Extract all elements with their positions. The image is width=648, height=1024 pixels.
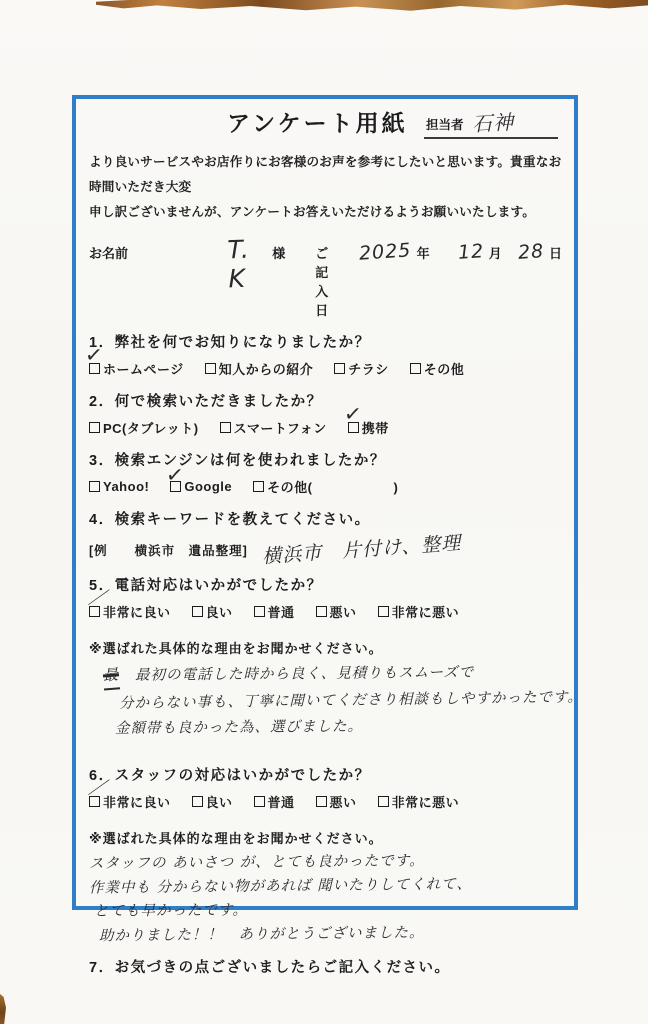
question-1-options: ✓ ホームページ 知人からの紹介 チラシ その他 xyxy=(89,359,562,378)
handwritten-text: 最初の電話した時から良く、見積りもスムーズで xyxy=(135,665,474,684)
option-label: 非常に良い xyxy=(103,792,171,811)
question-6-options: ／ 非常に良い 良い 普通 悪い 非常に悪い xyxy=(89,792,562,811)
checkbox xyxy=(89,796,100,807)
option-homepage: ✓ ホームページ xyxy=(89,359,184,378)
question-5: 5．電話対応はいかがでしたか？ ／ 非常に良い 良い 普通 悪い xyxy=(89,574,562,740)
staff-field: 担当者 石神 xyxy=(424,107,558,139)
option-bad: 悪い xyxy=(316,602,357,621)
option-good: 良い xyxy=(192,792,233,811)
question-4-heading: 4．検索キーワードを教えてください。 xyxy=(89,508,562,529)
checkbox xyxy=(89,481,100,492)
checkbox xyxy=(253,481,264,492)
question-6-reason: スタッフの あいさつ が、とても良かったです。 作業中も 分からない物があれば … xyxy=(89,850,562,946)
option-label: 知人からの紹介 xyxy=(219,359,314,378)
option-good: 良い xyxy=(192,602,233,621)
keyword-example: [例 横浜市 遺品整理] xyxy=(89,535,248,559)
option-label: 非常に良い xyxy=(103,602,171,621)
option-bad: 悪い xyxy=(316,792,357,811)
option-label: 非常に悪い xyxy=(392,602,460,621)
option-referral: 知人からの紹介 xyxy=(205,359,314,378)
date-day-handwritten: 28 xyxy=(517,240,545,264)
name-suffix: 様 xyxy=(272,243,285,262)
question-2: 2．何で検索いただきましたか？ PC(タブレット) スマートフォン ✓ 携帯 xyxy=(89,390,562,437)
option-label: 携帯 xyxy=(362,418,389,437)
option-label: ホームページ xyxy=(103,359,184,378)
handwritten-line: 助かりました！！ ありがとうございました。 xyxy=(89,920,562,949)
option-label: チラシ xyxy=(348,359,389,378)
option-label: 悪い xyxy=(330,602,357,621)
question-7: 7．お気づきの点ございましたらご記入ください。 xyxy=(89,956,562,977)
option-label: Google xyxy=(184,479,232,494)
option-very-good: ／ 非常に良い xyxy=(89,792,171,811)
wood-texture-strip xyxy=(96,0,648,12)
option-google: ✓ Google xyxy=(170,479,232,494)
intro-line-1: より良いサービスやお店作りにお客様のお声を参考にしたいと思います。貴重なお時間い… xyxy=(89,150,562,200)
question-3-heading: 3．検索エンジンは何を使われましたか？ xyxy=(89,449,562,470)
option-pc-tablet: PC(タブレット) xyxy=(89,418,199,437)
option-label: 普通 xyxy=(268,792,295,811)
option-yahoo: Yahoo! xyxy=(89,479,149,494)
checkbox xyxy=(316,796,327,807)
option-label: 非常に悪い xyxy=(392,792,460,811)
date-month-handwritten: 12 xyxy=(457,240,485,264)
checkbox xyxy=(378,796,389,807)
option-very-bad: 非常に悪い xyxy=(378,792,460,811)
option-label: PC(タブレット) xyxy=(103,418,199,437)
checkbox xyxy=(205,363,216,374)
question-2-heading: 2．何で検索いただきましたか？ xyxy=(89,390,562,411)
date-day-unit: 日 xyxy=(549,243,562,262)
survey-form: アンケート用紙 担当者 石神 より良いサービスやお店作りにお客様のお声を参考にし… xyxy=(72,95,578,910)
staff-name-handwritten: 石神 xyxy=(471,106,514,137)
name-label: お名前 xyxy=(89,243,128,262)
question-5-heading: 5．電話対応はいかがでしたか？ xyxy=(89,574,562,595)
option-label: 悪い xyxy=(330,792,357,811)
intro-text: より良いサービスやお店作りにお客様のお声を参考にしたいと思います。貴重なお時間い… xyxy=(89,150,562,225)
checkbox xyxy=(348,422,359,433)
checkbox xyxy=(334,363,345,374)
scratched-out-text: 最 xyxy=(102,661,120,690)
option-other: その他 xyxy=(410,359,465,378)
checkbox xyxy=(89,363,100,374)
keyword-answer-handwritten: 横浜市 片付け、整理 xyxy=(261,528,462,569)
name-value-handwritten: T. K xyxy=(227,235,251,294)
option-label: スマートフォン xyxy=(234,418,327,437)
date-year-handwritten: 2025 xyxy=(359,239,413,265)
question-6-heading: 6．スタッフの対応はいかがでしたか？ xyxy=(89,764,562,785)
question-5-options: ／ 非常に良い 良い 普通 悪い 非常に悪い xyxy=(89,602,562,621)
option-label: 良い xyxy=(206,602,233,621)
option-label: 良い xyxy=(206,792,233,811)
option-label: 普通 xyxy=(268,602,295,621)
question-4-answer-row: [例 横浜市 遺品整理] 横浜市 片付け、整理 xyxy=(89,535,562,562)
question-2-options: PC(タブレット) スマートフォン ✓ 携帯 xyxy=(89,418,562,437)
checkbox xyxy=(316,606,327,617)
form-title: アンケート用紙 xyxy=(227,109,408,139)
question-7-heading: 7．お気づきの点ございましたらご記入ください。 xyxy=(89,956,562,977)
wood-corner-sliver xyxy=(0,994,6,1024)
name-date-row: お名前 T. K 様 ご記入日 2025 年 12 月 28 日 xyxy=(89,235,562,319)
option-label: その他( ) xyxy=(267,477,398,496)
reason-prompt: ※選ばれた具体的な理由をお聞かせください。 xyxy=(89,828,562,847)
checkbox xyxy=(410,363,421,374)
question-3-options: Yahoo! ✓ Google その他( ) xyxy=(89,477,562,496)
date-label: ご記入日 xyxy=(315,243,333,319)
checkbox xyxy=(220,422,231,433)
question-1-heading: 1．弊社を何でお知りになりましたか？ xyxy=(89,331,562,352)
option-mobile: ✓ 携帯 xyxy=(348,418,389,437)
checkbox xyxy=(89,606,100,617)
checkbox xyxy=(89,422,100,433)
question-6: 6．スタッフの対応はいかがでしたか？ ／ 非常に良い 良い 普通 悪い xyxy=(89,764,562,946)
staff-label: 担当者 xyxy=(426,115,464,136)
option-smartphone: スマートフォン xyxy=(220,418,327,437)
question-3: 3．検索エンジンは何を使われましたか？ Yahoo! ✓ Google その他(… xyxy=(89,449,562,496)
intro-line-2: 申し訳ございませんが、アンケートお答えいただけるようお願いいたします。 xyxy=(89,200,562,225)
checkbox xyxy=(192,796,203,807)
date-year-unit: 年 xyxy=(417,243,430,262)
option-very-good: ／ 非常に良い xyxy=(89,602,171,621)
question-1: 1．弊社を何でお知りになりましたか？ ✓ ホームページ 知人からの紹介 チラシ … xyxy=(89,331,562,378)
checkbox xyxy=(378,606,389,617)
option-label: Yahoo! xyxy=(103,479,149,494)
checkbox xyxy=(192,606,203,617)
form-header: アンケート用紙 担当者 石神 xyxy=(89,107,562,139)
option-normal: 普通 xyxy=(254,792,295,811)
option-label: その他 xyxy=(424,359,465,378)
checkbox xyxy=(254,796,265,807)
handwritten-line: 金額帯も良かった為、選びました。 xyxy=(89,712,562,742)
reason-prompt: ※選ばれた具体的な理由をお聞かせください。 xyxy=(89,638,562,657)
checkbox xyxy=(254,606,265,617)
option-other-engine: その他( ) xyxy=(253,477,398,496)
option-flyer: チラシ xyxy=(334,359,389,378)
option-normal: 普通 xyxy=(254,602,295,621)
option-very-bad: 非常に悪い xyxy=(378,602,460,621)
checkbox xyxy=(170,481,181,492)
question-5-reason: 最最初の電話した時から良く、見積りもスムーズで 分からない事も、丁寧に聞いてくだ… xyxy=(89,660,562,740)
date-month-unit: 月 xyxy=(489,243,502,262)
question-4: 4．検索キーワードを教えてください。 [例 横浜市 遺品整理] 横浜市 片付け、… xyxy=(89,508,562,562)
